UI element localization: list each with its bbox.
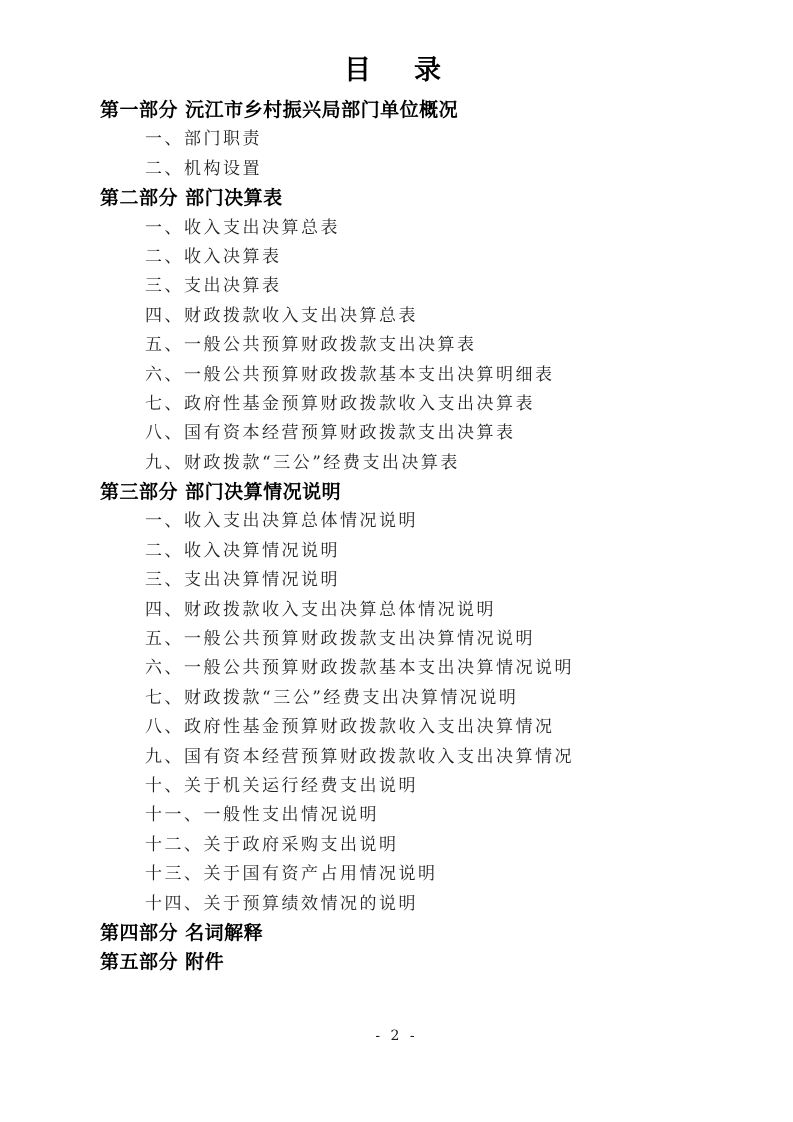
toc-item: 五、一般公共预算财政拨款支出决算表 [100, 331, 738, 360]
toc-item: 九、财政拨款“三公”经费支出决算表 [100, 449, 738, 478]
page-number: - 2 - [375, 1028, 417, 1044]
document-page: 目 录 第一部分 沅江市乡村振兴局部门单位概况一、部门职责二、机构设置第二部分 … [0, 0, 793, 1122]
toc-item: 四、财政拨款收入支出决算总表 [100, 302, 738, 331]
toc-item: 十一、一般性支出情况说明 [100, 801, 738, 830]
toc: 第一部分 沅江市乡村振兴局部门单位概况一、部门职责二、机构设置第二部分 部门决算… [100, 96, 738, 978]
toc-item: 四、财政拨款收入支出决算总体情况说明 [100, 596, 738, 625]
toc-item: 十三、关于国有资产占用情况说明 [100, 860, 738, 889]
toc-section-heading: 第三部分 部门决算情况说明 [100, 478, 738, 507]
toc-item: 十四、关于预算绩效情况的说明 [100, 890, 738, 919]
toc-item: 二、收入决算情况说明 [100, 537, 738, 566]
toc-item: 八、国有资本经营预算财政拨款支出决算表 [100, 419, 738, 448]
toc-item: 十二、关于政府采购支出说明 [100, 831, 738, 860]
toc-section-heading: 第四部分 名词解释 [100, 919, 738, 948]
toc-item: 三、支出决算情况说明 [100, 566, 738, 595]
toc-item: 七、财政拨款“三公”经费支出决算情况说明 [100, 684, 738, 713]
toc-section-heading: 第二部分 部门决算表 [100, 184, 738, 213]
toc-item: 一、收入支出决算总表 [100, 214, 738, 243]
toc-section-heading: 第一部分 沅江市乡村振兴局部门单位概况 [100, 96, 738, 125]
toc-item: 七、政府性基金预算财政拨款收入支出决算表 [100, 390, 738, 419]
toc-section-heading: 第五部分 附件 [100, 948, 738, 977]
toc-item: 十、关于机关运行经费支出说明 [100, 772, 738, 801]
page-title: 目 录 [0, 48, 793, 87]
toc-item: 九、国有资本经营预算财政拨款收入支出决算情况 [100, 743, 738, 772]
toc-item: 六、一般公共预算财政拨款基本支出决算情况说明 [100, 654, 738, 683]
toc-item: 二、机构设置 [100, 155, 738, 184]
toc-item: 八、政府性基金预算财政拨款收入支出决算情况 [100, 713, 738, 742]
toc-item: 三、支出决算表 [100, 272, 738, 301]
toc-item: 一、收入支出决算总体情况说明 [100, 507, 738, 536]
page-footer: - 2 - [0, 1028, 793, 1044]
toc-item: 二、收入决算表 [100, 243, 738, 272]
toc-item: 五、一般公共预算财政拨款支出决算情况说明 [100, 625, 738, 654]
toc-item: 六、一般公共预算财政拨款基本支出决算明细表 [100, 361, 738, 390]
toc-item: 一、部门职责 [100, 125, 738, 154]
